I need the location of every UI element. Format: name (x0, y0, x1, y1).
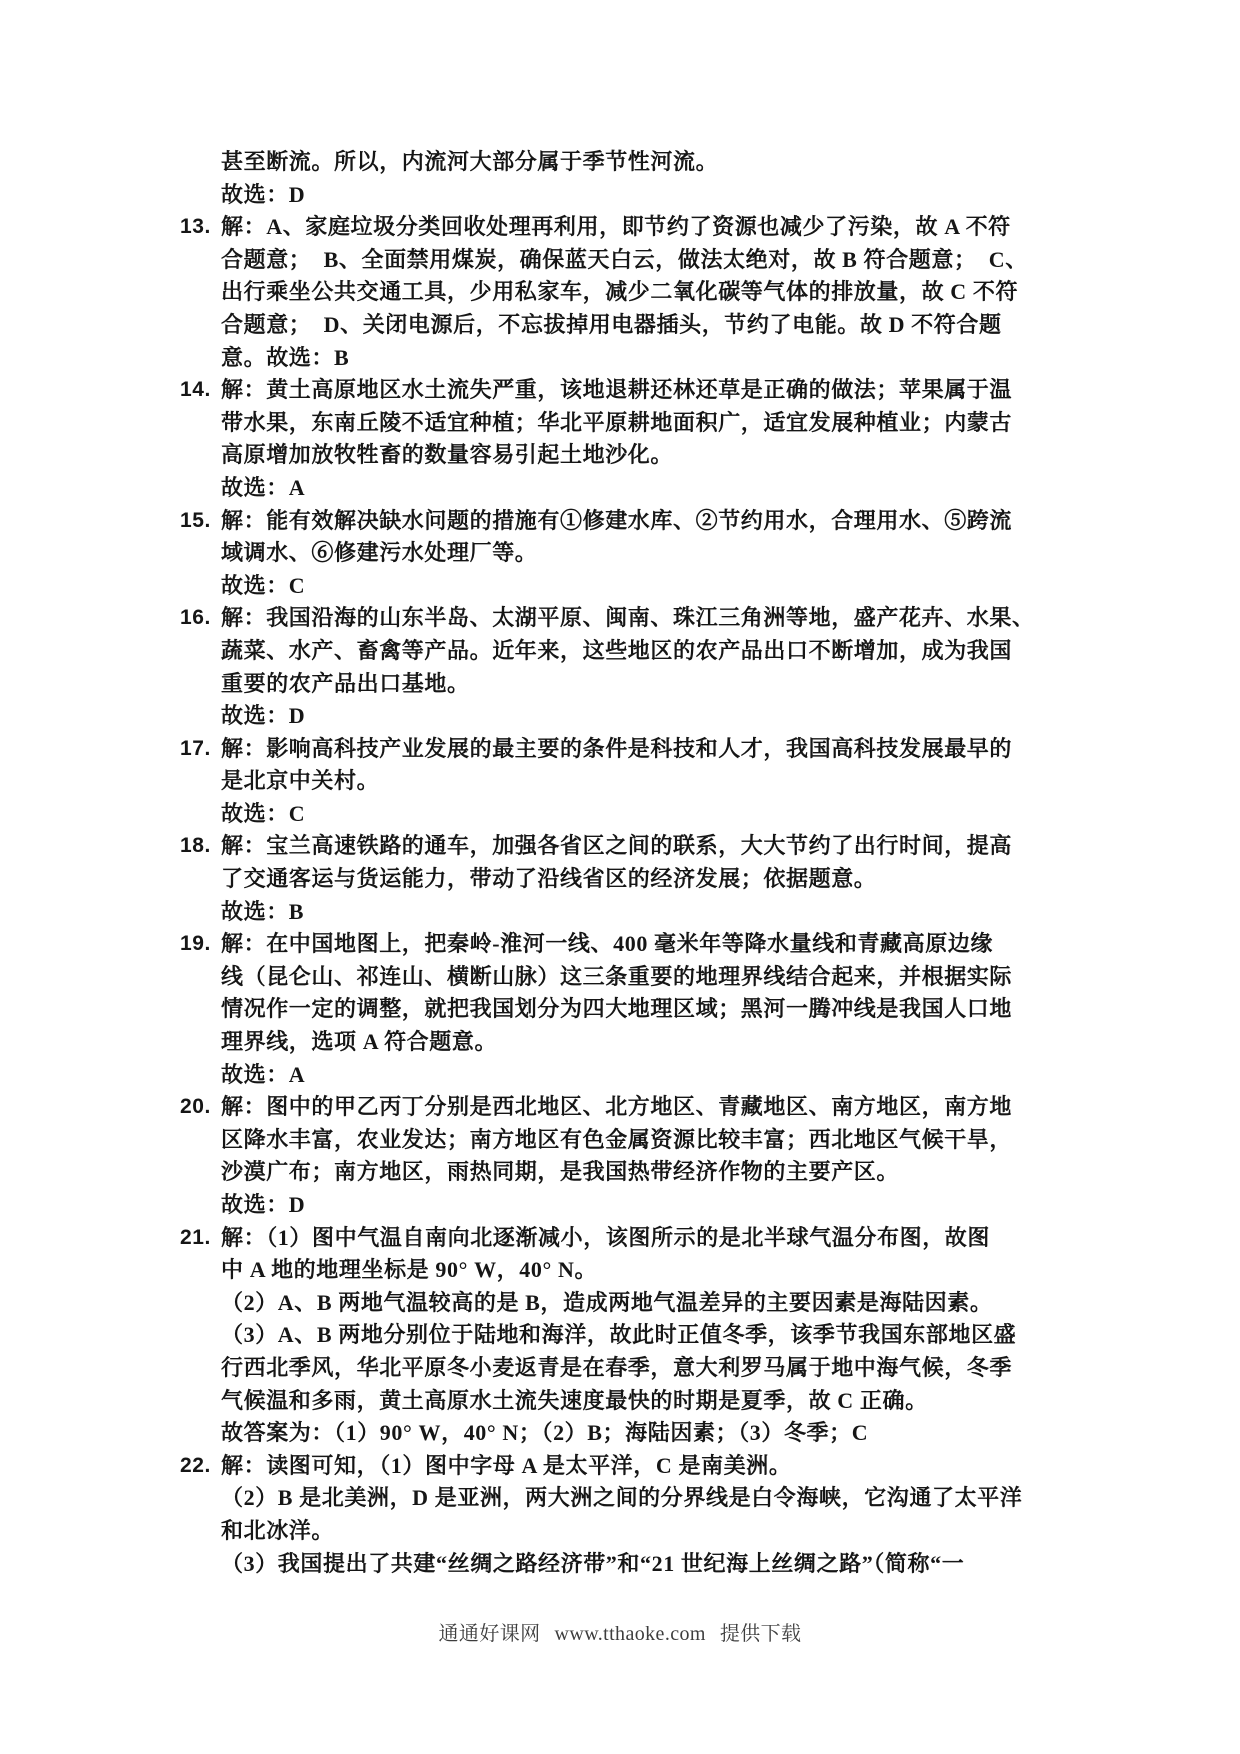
answer-line: （2）B 是北美洲，D 是亚洲，两大洲之间的分界线是白令海峡，它沟通了太平洋 (221, 1482, 1085, 1515)
page-footer: 通通好课网www.tthaoke.com提供下载 (0, 1620, 1240, 1648)
answer-line: 了交通客运与货运能力，带动了沿线省区的经济发展；依据题意。 (221, 863, 1085, 896)
answer-number: 13. (180, 211, 221, 244)
answer-line: 意。故选：B (221, 342, 1085, 375)
answer-item: 15. 解：能有效解决缺水问题的措施有①修建水库、②节约用水，合理用水、⑤跨流域… (180, 505, 1085, 603)
answer-line: 故选：C (221, 798, 1085, 831)
answer-line: 出行乘坐公共交通工具，少用私家车，减少二氧化碳等气体的排放量，故 C 不符 (221, 276, 1085, 309)
answer-text: 解：宝兰高速铁路的通车，加强各省区之间的联系，大大节约了出行时间，提高了交通客运… (221, 830, 1085, 928)
answer-line: 解：能有效解决缺水问题的措施有①修建水库、②节约用水，合理用水、⑤跨流 (221, 505, 1085, 538)
answer-line: 气候温和多雨，黄土高原水土流失速度最快的时期是夏季，故 C 正确。 (221, 1385, 1085, 1418)
footer-site-name: 通通好课网 (439, 1623, 541, 1645)
answer-text: 解：读图可知，（1）图中字母 A 是太平洋，C 是南美洲。（2）B 是北美洲，D… (221, 1450, 1085, 1580)
answer-line: 解：读图可知，（1）图中字母 A 是太平洋，C 是南美洲。 (221, 1450, 1085, 1483)
answer-line: （2）A、B 两地气温较高的是 B，造成两地气温差异的主要因素是海陆因素。 (221, 1287, 1085, 1320)
answer-text: 解：我国沿海的山东半岛、太湖平原、闽南、珠江三角洲等地，盛产花卉、水果、蔬菜、水… (221, 602, 1085, 732)
answer-line: 行西北季风，华北平原冬小麦返青是在春季，意大利罗马属于地中海气候，冬季 (221, 1352, 1085, 1385)
answer-line: 解：影响高科技产业发展的最主要的条件是科技和人才，我国高科技发展最早的 (221, 733, 1085, 766)
answer-line: 故选：B (221, 896, 1085, 929)
answer-line: 解：黄土高原地区水土流失严重，该地退耕还林还草是正确的做法；苹果属于温 (221, 374, 1085, 407)
answer-number: 20. (180, 1091, 221, 1124)
answer-line: 沙漠广布；南方地区，雨热同期，是我国热带经济作物的主要产区。 (221, 1156, 1085, 1189)
answer-line: 解：在中国地图上，把秦岭-淮河一线、400 毫米年等降水量线和青藏高原边缘 (221, 928, 1085, 961)
answer-item: 14. 解：黄土高原地区水土流失严重，该地退耕还林还草是正确的做法；苹果属于温带… (180, 374, 1085, 504)
answer-line: 蔬菜、水产、畜禽等产品。近年来，这些地区的农产品出口不断增加，成为我国 (221, 635, 1085, 668)
answer-text: 解：A、家庭垃圾分类回收处理再利用，即节约了资源也减少了污染，故 A 不符合题意… (221, 211, 1085, 374)
answer-line: 甚至断流。所以，内流河大部分属于季节性河流。 (221, 146, 1085, 179)
answer-line: 线（昆仑山、祁连山、横断山脉）这三条重要的地理界线结合起来，并根据实际 (221, 961, 1085, 994)
answer-line: 故选：A (221, 1059, 1085, 1092)
answer-line: 故选：C (221, 570, 1085, 603)
answer-item: 20. 解：图中的甲乙丙丁分别是西北地区、北方地区、青藏地区、南方地区，南方地区… (180, 1091, 1085, 1221)
answer-line: 解：图中的甲乙丙丁分别是西北地区、北方地区、青藏地区、南方地区，南方地 (221, 1091, 1085, 1124)
answer-line: 域调水、⑥修建污水处理厂等。 (221, 537, 1085, 570)
answer-line: 故选：A (221, 472, 1085, 505)
answer-item: 21. 解：（1）图中气温自南向北逐渐减小，该图所示的是北半球气温分布图，故图中… (180, 1222, 1085, 1450)
answer-item: 甚至断流。所以，内流河大部分属于季节性河流。故选：D (180, 146, 1085, 211)
answer-number: 18. (180, 830, 221, 863)
answer-text: 甚至断流。所以，内流河大部分属于季节性河流。故选：D (221, 146, 1085, 211)
answer-text: 解：黄土高原地区水土流失严重，该地退耕还林还草是正确的做法；苹果属于温带水果，东… (221, 374, 1085, 504)
answer-line: 重要的农产品出口基地。 (221, 668, 1085, 701)
answer-line: 故选：D (221, 700, 1085, 733)
document-page: 甚至断流。所以，内流河大部分属于季节性河流。故选：D 13. 解：A、家庭垃圾分… (0, 0, 1240, 1754)
answer-item: 16. 解：我国沿海的山东半岛、太湖平原、闽南、珠江三角洲等地，盛产花卉、水果、… (180, 602, 1085, 732)
answer-item: 18. 解：宝兰高速铁路的通车，加强各省区之间的联系，大大节约了出行时间，提高了… (180, 830, 1085, 928)
answer-line: （3）A、B 两地分别位于陆地和海洋，故此时正值冬季，该季节我国东部地区盛 (221, 1319, 1085, 1352)
answer-line: 解：（1）图中气温自南向北逐渐减小，该图所示的是北半球气温分布图，故图 (221, 1222, 1085, 1255)
answer-number: 19. (180, 928, 221, 961)
answer-number: 14. (180, 374, 221, 407)
answer-text: 解：在中国地图上，把秦岭-淮河一线、400 毫米年等降水量线和青藏高原边缘线（昆… (221, 928, 1085, 1091)
answer-line: （3）我国提出了共建“丝绸之路经济带”和“21 世纪海上丝绸之路”（简称“一 (221, 1548, 1085, 1581)
answer-line: 中 A 地的地理坐标是 90° W，40° N。 (221, 1254, 1085, 1287)
answer-line: 合题意； B、全面禁用煤炭，确保蓝天白云，做法太绝对，故 B 符合题意； C、 (221, 244, 1085, 277)
answer-text: 解：影响高科技产业发展的最主要的条件是科技和人才，我国高科技发展最早的是北京中关… (221, 733, 1085, 831)
answer-line: 带水果，东南丘陵不适宜种植；华北平原耕地面积广，适宜发展种植业；内蒙古 (221, 407, 1085, 440)
answer-line: 合题意； D、关闭电源后，不忘拔掉用电器插头，节约了电能。故 D 不符合题 (221, 309, 1085, 342)
answer-number: 15. (180, 505, 221, 538)
answer-line: 故选：D (221, 179, 1085, 212)
answer-line: 故答案为：（1）90° W，40° N；（2）B；海陆因素；（3）冬季；C (221, 1417, 1085, 1450)
answer-line: 解：A、家庭垃圾分类回收处理再利用，即节约了资源也减少了污染，故 A 不符 (221, 211, 1085, 244)
answers-list: 甚至断流。所以，内流河大部分属于季节性河流。故选：D 13. 解：A、家庭垃圾分… (180, 146, 1085, 1580)
answer-item: 19. 解：在中国地图上，把秦岭-淮河一线、400 毫米年等降水量线和青藏高原边… (180, 928, 1085, 1091)
answer-line: 解：我国沿海的山东半岛、太湖平原、闽南、珠江三角洲等地，盛产花卉、水果、 (221, 602, 1085, 635)
answer-line: 高原增加放牧牲畜的数量容易引起土地沙化。 (221, 439, 1085, 472)
answer-line: 区降水丰富，农业发达；南方地区有色金属资源比较丰富；西北地区气候干旱， (221, 1124, 1085, 1157)
answer-number: 16. (180, 602, 221, 635)
answer-line: 是北京中关村。 (221, 765, 1085, 798)
answer-line: 解：宝兰高速铁路的通车，加强各省区之间的联系，大大节约了出行时间，提高 (221, 830, 1085, 863)
answer-number: 17. (180, 733, 221, 766)
answer-line: 理界线，选项 A 符合题意。 (221, 1026, 1085, 1059)
answer-text: 解：（1）图中气温自南向北逐渐减小，该图所示的是北半球气温分布图，故图中 A 地… (221, 1222, 1085, 1450)
answer-item: 13. 解：A、家庭垃圾分类回收处理再利用，即节约了资源也减少了污染，故 A 不… (180, 211, 1085, 374)
answer-line: 和北冰洋。 (221, 1515, 1085, 1548)
answer-line: 情况作一定的调整，就把我国划分为四大地理区域；黑河一腾冲线是我国人口地 (221, 993, 1085, 1026)
answer-number: 22. (180, 1450, 221, 1483)
answer-line: 故选：D (221, 1189, 1085, 1222)
footer-url: www.tthaoke.com (555, 1623, 706, 1645)
footer-download-note: 提供下载 (720, 1623, 802, 1645)
answer-item: 17. 解：影响高科技产业发展的最主要的条件是科技和人才，我国高科技发展最早的是… (180, 733, 1085, 831)
answer-text: 解：图中的甲乙丙丁分别是西北地区、北方地区、青藏地区、南方地区，南方地区降水丰富… (221, 1091, 1085, 1221)
answer-number: 21. (180, 1222, 221, 1255)
answer-item: 22. 解：读图可知，（1）图中字母 A 是太平洋，C 是南美洲。（2）B 是北… (180, 1450, 1085, 1580)
answer-text: 解：能有效解决缺水问题的措施有①修建水库、②节约用水，合理用水、⑤跨流域调水、⑥… (221, 505, 1085, 603)
